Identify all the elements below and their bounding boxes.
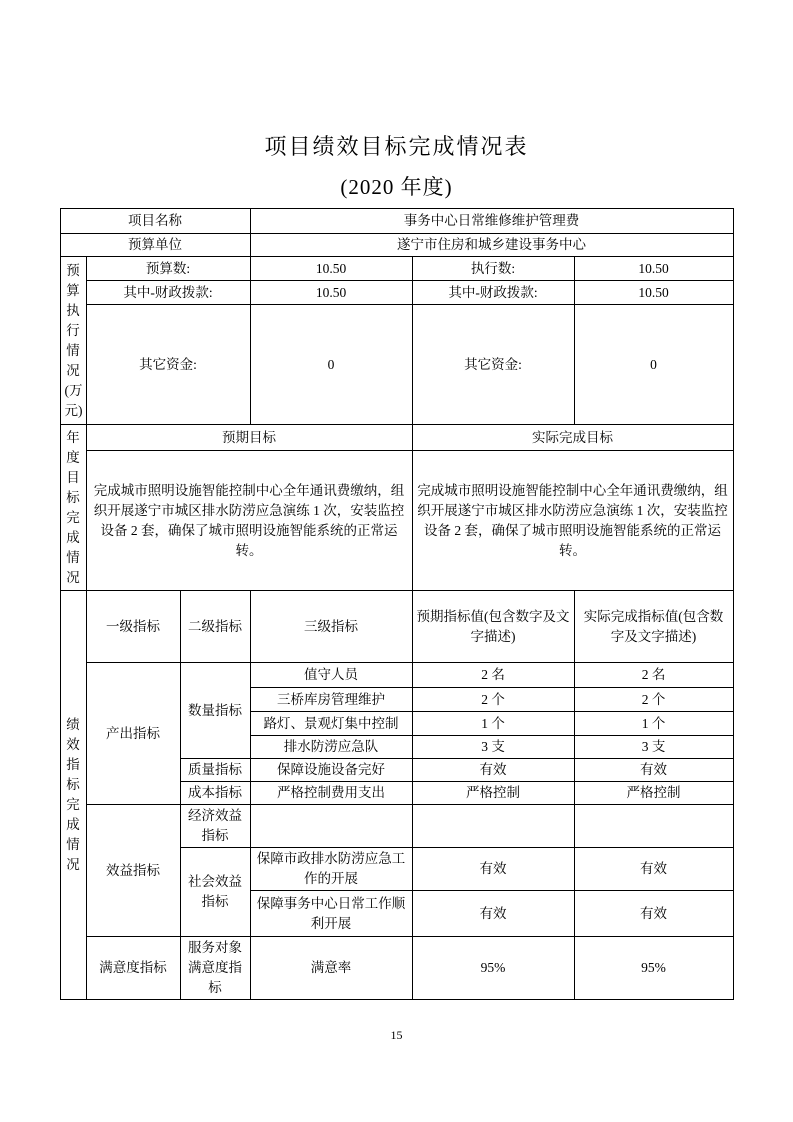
level1-benefit-indicator: 效益指标 xyxy=(86,805,180,937)
indicator-expected: 严格控制 xyxy=(412,782,574,805)
indicator-name: 路灯、景观灯集中控制 xyxy=(250,712,412,736)
actual-goal-text: 完成城市照明设施智能控制中心全年通讯费缴纳，组织开展遂宁市城区排水防涝应急演练 … xyxy=(412,451,733,591)
indicator-actual: 95% xyxy=(574,937,733,1000)
budget-row-1: 预算执行情况(万元) 预算数: 10.50 执行数: 10.50 xyxy=(60,257,733,281)
level2-header: 二级指标 xyxy=(180,591,250,663)
indicator-expected: 3 支 xyxy=(412,736,574,759)
indicator-name: 值守人员 xyxy=(250,663,412,688)
level2-social-benefit-indicator: 社会效益指标 xyxy=(180,848,250,937)
indicator-expected xyxy=(412,805,574,848)
actual-value-header: 实际完成指标值(包含数字及文字描述) xyxy=(574,591,733,663)
section-label-annual-goal: 年度目标完成情况 xyxy=(60,425,86,591)
page-subtitle: (2020 年度) xyxy=(0,176,793,199)
indicator-actual: 2 个 xyxy=(574,688,733,712)
fiscal-allocation-label-left: 其中-财政拨款: xyxy=(86,281,250,305)
expected-goal-header: 预期目标 xyxy=(86,425,412,451)
actual-goal-header: 实际完成目标 xyxy=(412,425,733,451)
project-name-row: 项目名称 事务中心日常维修维护管理费 xyxy=(60,209,733,234)
indicator-name: 三桥库房管理维护 xyxy=(250,688,412,712)
indicator-actual: 3 支 xyxy=(574,736,733,759)
indicator-actual: 有效 xyxy=(574,848,733,891)
level2-satisfaction-indicator: 服务对象满意度指标 xyxy=(180,937,250,1000)
goal-content-row: 完成城市照明设施智能控制中心全年通讯费缴纳，组织开展遂宁市城区排水防涝应急演练 … xyxy=(60,451,733,591)
indicator-expected: 2 名 xyxy=(412,663,574,688)
level1-header: 一级指标 xyxy=(86,591,180,663)
indicator-actual: 2 名 xyxy=(574,663,733,688)
indicator-actual: 严格控制 xyxy=(574,782,733,805)
indicator-expected: 有效 xyxy=(412,848,574,891)
budget-row-3: 其它资金: 0 其它资金: 0 xyxy=(60,305,733,425)
project-name-label: 项目名称 xyxy=(60,209,250,234)
indicator-name: 满意率 xyxy=(250,937,412,1000)
budget-unit-row: 预算单位 遂宁市住房和城乡建设事务中心 xyxy=(60,234,733,257)
indicator-name: 保障事务中心日常工作顺利开展 xyxy=(250,891,412,937)
fiscal-allocation-label-right: 其中-财政拨款: xyxy=(412,281,574,305)
performance-table: 项目名称 事务中心日常维修维护管理费 预算单位 遂宁市住房和城乡建设事务中心 预… xyxy=(60,208,734,1000)
project-name-value: 事务中心日常维修维护管理费 xyxy=(250,209,733,234)
indicator-name: 保障设施设备完好 xyxy=(250,759,412,782)
goal-header-row: 年度目标完成情况 预期目标 实际完成目标 xyxy=(60,425,733,451)
indicator-header-row: 绩效指标完成情况 一级指标 二级指标 三级指标 预期指标值(包含数字及文字描述)… xyxy=(60,591,733,663)
budget-amount-label: 预算数: xyxy=(86,257,250,281)
indicator-expected: 有效 xyxy=(412,891,574,937)
other-funds-label-right: 其它资金: xyxy=(412,305,574,425)
indicator-expected: 有效 xyxy=(412,759,574,782)
other-funds-label-left: 其它资金: xyxy=(86,305,250,425)
indicator-row: 效益指标 经济效益指标 xyxy=(60,805,733,848)
indicator-expected: 2 个 xyxy=(412,688,574,712)
level2-quality-indicator: 质量指标 xyxy=(180,759,250,782)
indicator-expected: 95% xyxy=(412,937,574,1000)
indicator-name: 严格控制费用支出 xyxy=(250,782,412,805)
document-page: { "title": "项目绩效目标完成情况表", "subtitle": "(… xyxy=(0,0,793,1122)
page-number: 15 xyxy=(0,1028,793,1043)
level3-header: 三级指标 xyxy=(250,591,412,663)
budget-unit-label: 预算单位 xyxy=(60,234,250,257)
level2-quantity-indicator: 数量指标 xyxy=(180,663,250,759)
level2-economic-benefit-indicator: 经济效益指标 xyxy=(180,805,250,848)
indicator-expected: 1 个 xyxy=(412,712,574,736)
indicator-name xyxy=(250,805,412,848)
fiscal-allocation-value-right: 10.50 xyxy=(574,281,733,305)
budget-unit-value: 遂宁市住房和城乡建设事务中心 xyxy=(250,234,733,257)
execution-amount-label: 执行数: xyxy=(412,257,574,281)
indicator-actual xyxy=(574,805,733,848)
budget-amount-value: 10.50 xyxy=(250,257,412,281)
expected-goal-text: 完成城市照明设施智能控制中心全年通讯费缴纳，组织开展遂宁市城区排水防涝应急演练 … xyxy=(86,451,412,591)
indicator-name: 排水防涝应急队 xyxy=(250,736,412,759)
section-label-indicators: 绩效指标完成情况 xyxy=(60,591,86,1000)
level2-cost-indicator: 成本指标 xyxy=(180,782,250,805)
section-label-budget-execution: 预算执行情况(万元) xyxy=(60,257,86,425)
indicator-name: 保障市政排水防涝应急工作的开展 xyxy=(250,848,412,891)
other-funds-value-left: 0 xyxy=(250,305,412,425)
level1-output-indicator: 产出指标 xyxy=(86,663,180,805)
indicator-actual: 1 个 xyxy=(574,712,733,736)
other-funds-value-right: 0 xyxy=(574,305,733,425)
budget-row-2: 其中-财政拨款: 10.50 其中-财政拨款: 10.50 xyxy=(60,281,733,305)
page-title: 项目绩效目标完成情况表 xyxy=(0,0,793,160)
indicator-actual: 有效 xyxy=(574,759,733,782)
execution-amount-value: 10.50 xyxy=(574,257,733,281)
indicator-actual: 有效 xyxy=(574,891,733,937)
level1-satisfaction-indicator: 满意度指标 xyxy=(86,937,180,1000)
indicator-row: 产出指标 数量指标 值守人员 2 名 2 名 xyxy=(60,663,733,688)
expected-value-header: 预期指标值(包含数字及文字描述) xyxy=(412,591,574,663)
indicator-row: 满意度指标 服务对象满意度指标 满意率 95% 95% xyxy=(60,937,733,1000)
fiscal-allocation-value-left: 10.50 xyxy=(250,281,412,305)
